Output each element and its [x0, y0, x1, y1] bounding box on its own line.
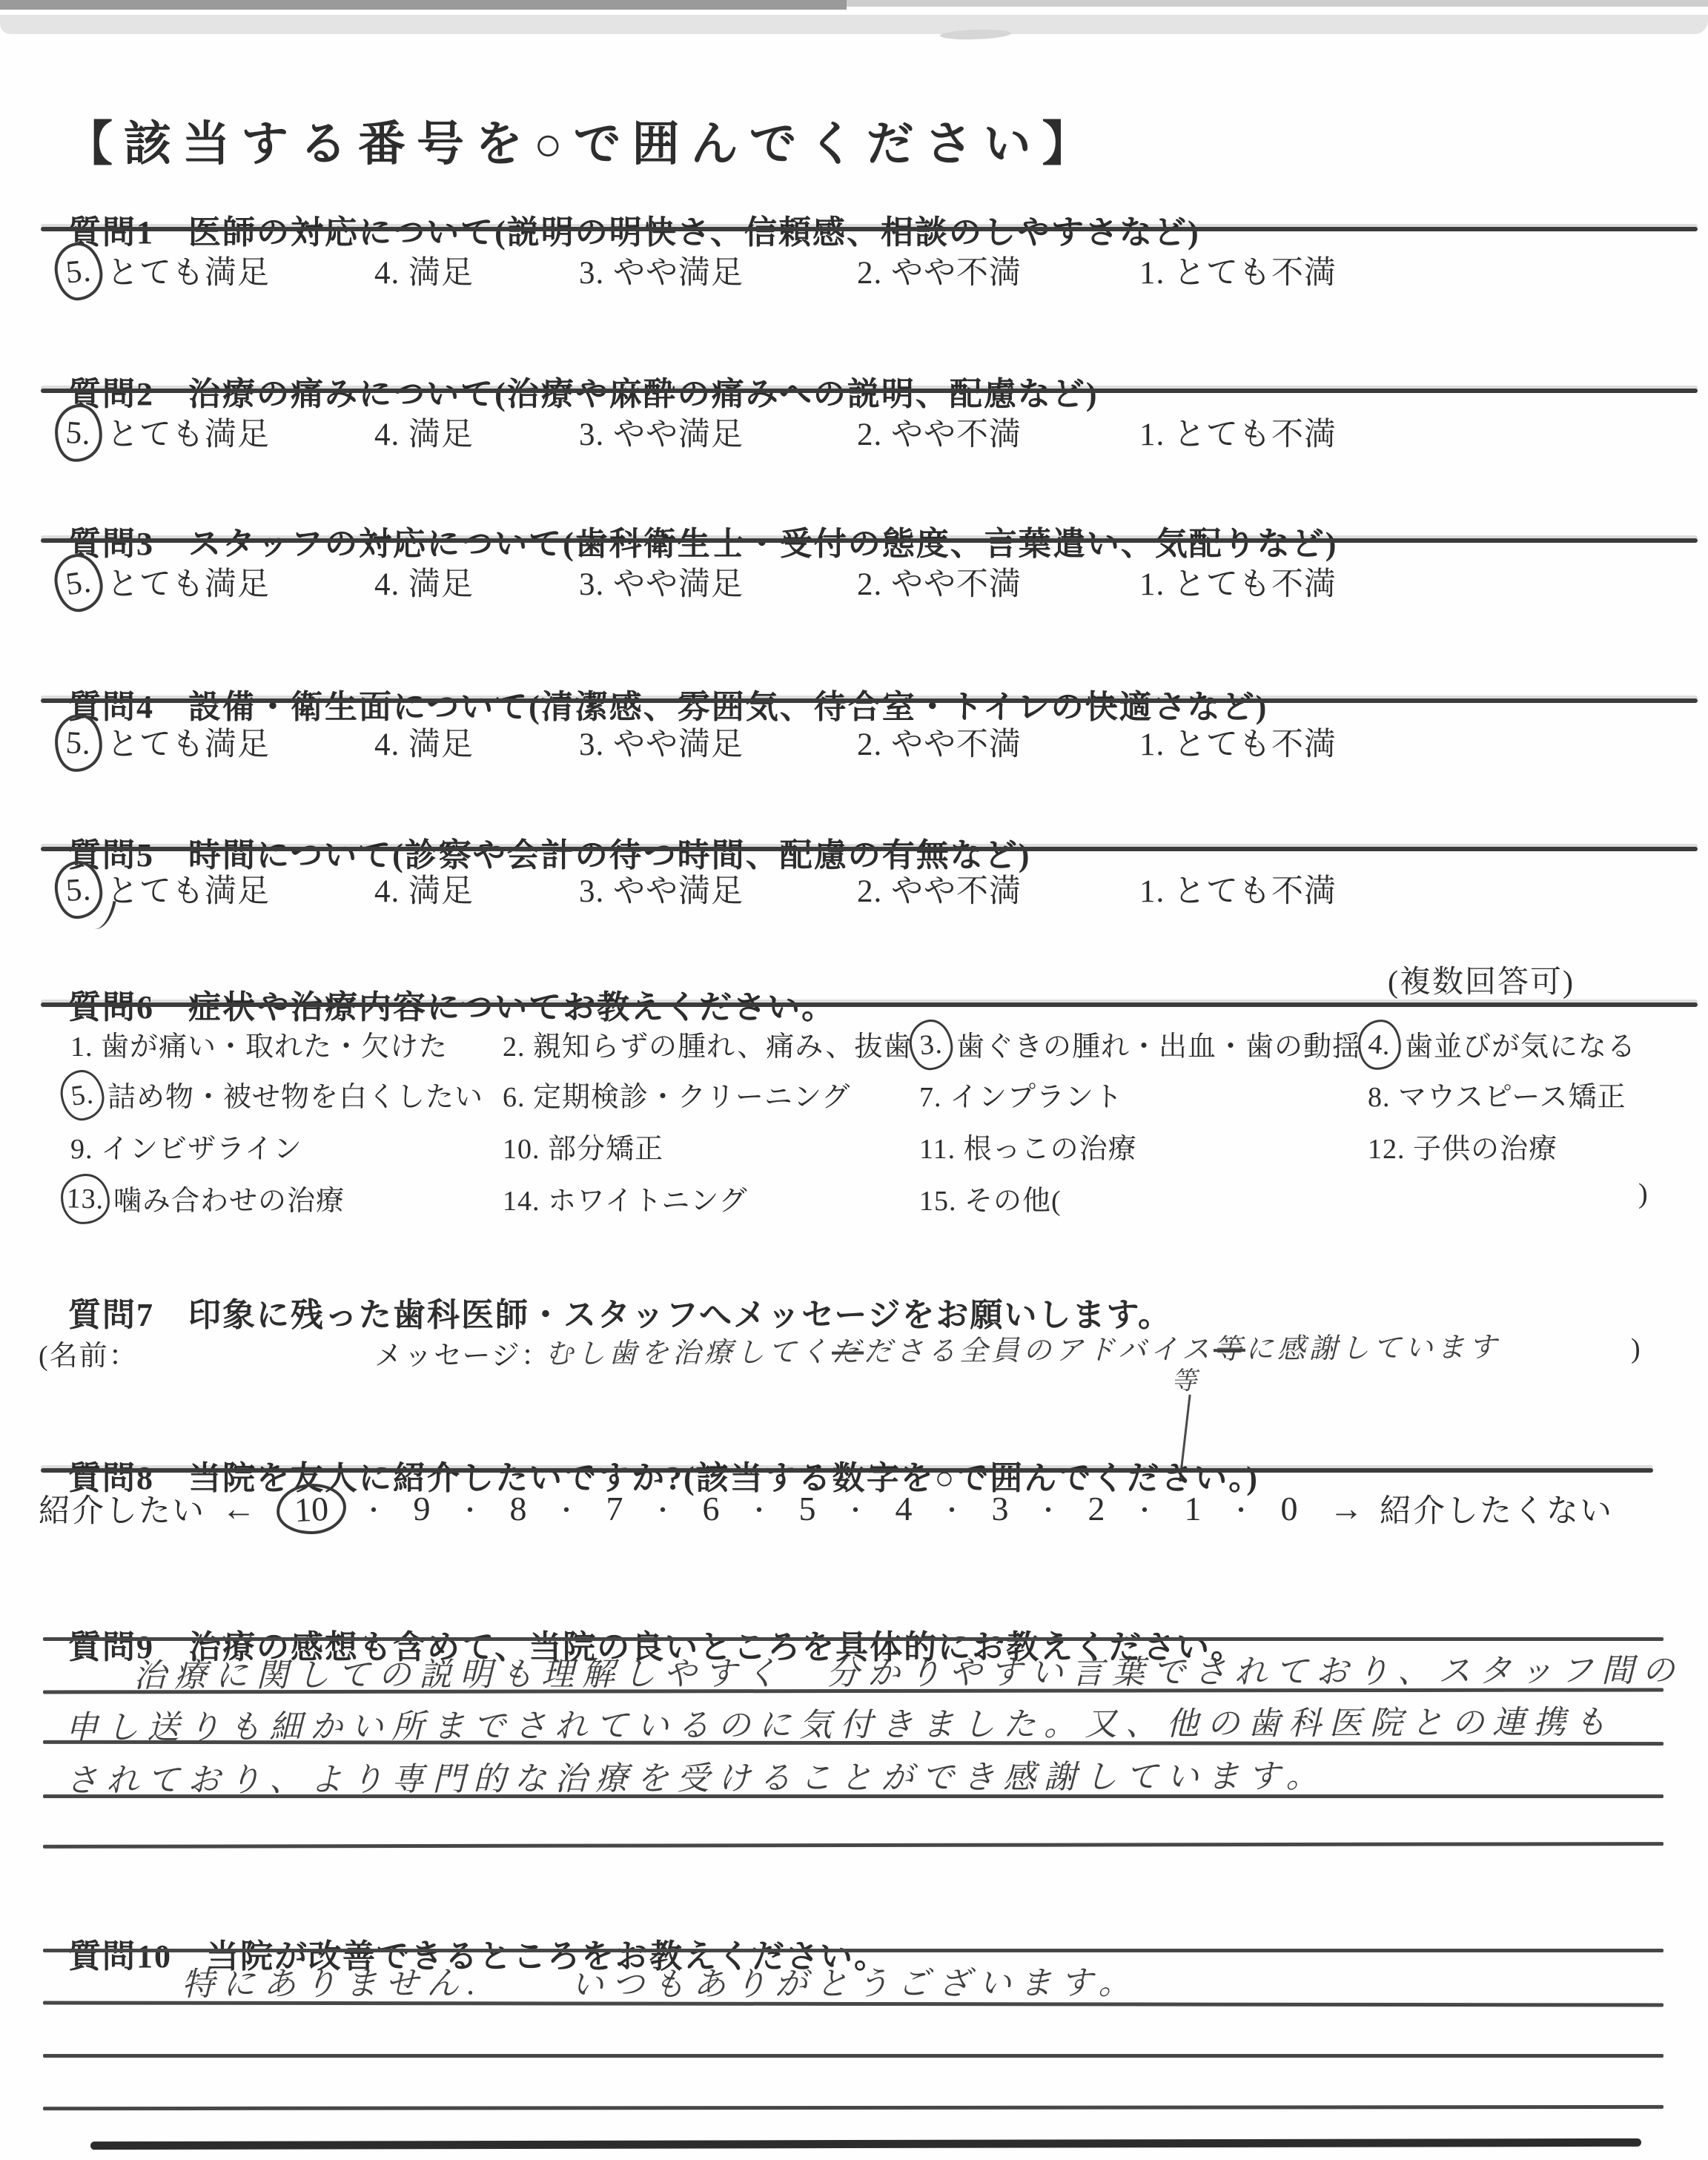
multiple-answers-note: (複数回答可) [1388, 957, 1575, 1002]
option-number: 13. [66, 1182, 105, 1216]
message-text: に感謝しています [1245, 1332, 1500, 1365]
divider-line [41, 389, 1698, 393]
q4-option-2[interactable]: 2. やや不満 [857, 719, 1022, 764]
nps-9[interactable]: 9 [398, 1489, 446, 1528]
option-number: 3. [918, 1027, 944, 1061]
q1-option-4[interactable]: 4. 満足 [374, 248, 474, 293]
option-label: 歯並びが気になる [1405, 1023, 1636, 1064]
q1-option-2[interactable]: 2. やや不満 [857, 248, 1022, 293]
symptom-option-13-selected[interactable]: 13.噛み合わせの治療 [70, 1178, 345, 1218]
nps-4[interactable]: 4 [880, 1489, 927, 1528]
divider-line [41, 1468, 1653, 1473]
option-label: とても満足 [107, 409, 270, 455]
pen-tail-stroke [94, 898, 116, 931]
symptom-option-1[interactable]: 1. 歯が痛い・取れた・欠けた [70, 1023, 448, 1064]
q5-option-4[interactable]: 4. 満足 [374, 866, 474, 911]
q1-option-3[interactable]: 3. やや満足 [579, 248, 744, 293]
q2-option-5-selected[interactable]: 5.とても満足 [65, 409, 270, 455]
symptom-option-7[interactable]: 7. インプラント [919, 1074, 1123, 1114]
dot-separator: ・ [542, 1490, 591, 1527]
dot-separator: ・ [446, 1490, 494, 1527]
q2-option-2[interactable]: 2. やや不満 [857, 409, 1022, 455]
handwritten-circle-mark: 5. [53, 240, 105, 302]
divider-line [41, 227, 1698, 231]
handwritten-answer-part-2: いつもありがとうございます。 [571, 1956, 1139, 2006]
close-paren: ) [1631, 1332, 1642, 1365]
dot-separator: ・ [1024, 1490, 1073, 1527]
divider-line [41, 1003, 1698, 1007]
symptom-option-4-selected[interactable]: 4.歯並びが気になる [1368, 1023, 1636, 1064]
divider-line [41, 698, 1698, 703]
struck-out-character: 等 [1214, 1334, 1245, 1365]
q3-option-1[interactable]: 1. とても不満 [1139, 559, 1337, 604]
q1-option-5-selected[interactable]: 5.とても満足 [65, 248, 270, 293]
handwritten-answer-line-2: 申し送りも細かい所までされているのに気付きました。又、他の歯科医院との連携も [65, 1695, 1615, 1748]
symptom-option-8[interactable]: 8. マウスピース矯正 [1368, 1074, 1626, 1114]
q2-option-3[interactable]: 3. やや満足 [579, 409, 744, 455]
answer-ruled-line [43, 1949, 1664, 1952]
nps-2[interactable]: 2 [1073, 1489, 1120, 1528]
dot-separator: ・ [349, 1490, 398, 1527]
symptom-option-14[interactable]: 14. ホワイトニング [503, 1178, 748, 1218]
right-arrow: → [1329, 1489, 1363, 1528]
struck-out-character: だ [832, 1336, 864, 1367]
handwritten-circle-mark: 5. [51, 550, 106, 614]
answer-ruled-line [43, 2054, 1664, 2058]
handwritten-circle-mark: 5. [53, 859, 104, 919]
handwritten-circle-mark: 4. [1356, 1017, 1403, 1071]
q4-option-5-selected[interactable]: 5.とても満足 [65, 719, 270, 764]
dot-separator: ・ [1120, 1490, 1169, 1527]
handwritten-circle-mark: 3. [907, 1017, 955, 1071]
name-field-label[interactable]: (名前： [39, 1332, 139, 1373]
option-number: 4. [1367, 1027, 1392, 1061]
option-label: とても満足 [107, 248, 270, 293]
option-number: 5. [64, 414, 93, 452]
option-number: 5. [64, 563, 94, 602]
symptom-option-15[interactable]: 15. その他( [919, 1178, 1062, 1218]
message-text: ださる全員のアドバイス [864, 1334, 1214, 1367]
form-title: 【該当する番号を○で囲んでください】 [65, 106, 1101, 174]
nps-0[interactable]: 0 [1265, 1489, 1313, 1528]
q3-option-3[interactable]: 3. やや満足 [579, 559, 744, 604]
q3-option-4[interactable]: 4. 満足 [374, 559, 474, 604]
option-label: とても満足 [107, 559, 270, 604]
dot-separator: ・ [927, 1490, 976, 1527]
handwritten-circle-mark: 10 [275, 1482, 347, 1536]
symptom-option-10[interactable]: 10. 部分矯正 [503, 1126, 663, 1166]
nps-6[interactable]: 6 [687, 1489, 735, 1528]
scan-shadow-band [0, 15, 1708, 34]
symptom-option-3-selected[interactable]: 3.歯ぐきの腫れ・出血・歯の動揺 [919, 1023, 1361, 1064]
symptom-option-12[interactable]: 12. 子供の治療 [1368, 1126, 1558, 1166]
nps-7[interactable]: 7 [591, 1489, 638, 1528]
q4-option-1[interactable]: 1. とても不満 [1139, 719, 1337, 764]
handwritten-circle-mark: 5. [58, 1067, 107, 1123]
symptom-option-6[interactable]: 6. 定期検診・クリーニング [503, 1074, 850, 1114]
handwritten-message: むし歯を治療してくだださる全員のアドバイス等に感謝しています等 [545, 1324, 1500, 1372]
scan-bottom-edge-artifact [90, 2138, 1641, 2150]
q4-option-3[interactable]: 3. やや満足 [579, 719, 744, 764]
symptom-option-9[interactable]: 9. インビザライン [70, 1126, 302, 1166]
symptom-option-11[interactable]: 11. 根っこの治療 [919, 1126, 1137, 1166]
inserted-character-below: 等 [1171, 1360, 1200, 1396]
handwritten-answer-line-3: されており、より専門的な治療を受けることができ感謝しています。 [65, 1749, 1327, 1801]
answer-ruled-line [43, 1637, 1664, 1641]
symptom-option-2[interactable]: 2. 親知らずの腫れ、痛み、抜歯 [503, 1023, 913, 1064]
option-number: 5. [65, 871, 93, 908]
q5-option-2[interactable]: 2. やや不満 [857, 866, 1022, 911]
nps-1[interactable]: 1 [1169, 1489, 1217, 1528]
option-label: 歯ぐきの腫れ・出血・歯の動揺 [956, 1023, 1361, 1064]
option-number: 5. [69, 1077, 96, 1112]
scan-edge-artifact [0, 0, 847, 10]
q3-option-2[interactable]: 2. やや不満 [857, 559, 1022, 604]
q5-option-5-selected[interactable]: 5.とても満足 [65, 866, 270, 911]
q5-option-1[interactable]: 1. とても不満 [1139, 866, 1337, 911]
scale-label-do-not-refer: 紹介したくない [1380, 1486, 1613, 1531]
q4-option-4[interactable]: 4. 満足 [374, 719, 474, 764]
option-label: 噛み合わせの治療 [113, 1178, 345, 1218]
answer-ruled-line [43, 1842, 1664, 1849]
dot-separator: ・ [831, 1490, 880, 1527]
nps-scale: 紹介したい ← 10 ・ 9 ・ 8 ・ 7 ・ 6 ・ 5 ・ 4 ・ 3 ・… [39, 1486, 1613, 1531]
scanned-survey-document: 【該当する番号を○で囲んでください】 質問1 医師の対応について(説明の明快さ、… [0, 0, 1708, 2160]
nps-3[interactable]: 3 [976, 1489, 1024, 1528]
handwritten-circle-mark: 5. [53, 713, 104, 773]
divider-line [41, 538, 1698, 543]
option-label: とても満足 [107, 866, 270, 911]
handwritten-answer-line-1: 治療に関しての説明も理解しやすく 分かりやすい言葉でされており、スタッフ間の [133, 1643, 1683, 1696]
q5-option-3[interactable]: 3. やや満足 [579, 866, 744, 911]
symptom-option-5-selected[interactable]: 5.詰め物・被せ物を白くしたい [70, 1074, 483, 1114]
handwritten-circle-mark: 5. [53, 402, 104, 463]
other-option-close-paren: ) [1638, 1178, 1649, 1210]
option-label: とても満足 [107, 719, 270, 764]
handwritten-answer-part-1: 特にありません. [182, 1956, 483, 2004]
option-label: 詰め物・被せ物を白くしたい [107, 1074, 483, 1114]
q2-option-1[interactable]: 1. とても不満 [1139, 409, 1337, 455]
handwritten-circle-mark: 13. [60, 1172, 110, 1224]
nps-5[interactable]: 5 [784, 1489, 831, 1528]
scan-edge-artifact [847, 0, 1708, 7]
dot-separator: ・ [638, 1490, 687, 1527]
option-number: 5. [65, 724, 93, 762]
q2-option-4[interactable]: 4. 満足 [374, 409, 474, 455]
q1-option-1[interactable]: 1. とても不満 [1139, 248, 1337, 293]
nps-8[interactable]: 8 [494, 1489, 542, 1528]
nps-number: 10 [294, 1488, 330, 1529]
q3-option-5-selected[interactable]: 5.とても満足 [65, 559, 270, 604]
nps-10-selected[interactable]: 10 [272, 1490, 349, 1528]
left-arrow: ← [222, 1489, 256, 1528]
answer-ruled-line [43, 2105, 1664, 2110]
option-number: 5. [64, 252, 93, 291]
dot-separator: ・ [735, 1490, 784, 1527]
message-field-label[interactable]: メッセージ： [374, 1332, 551, 1373]
scale-label-want-to-refer: 紹介したい [39, 1486, 205, 1531]
message-text: むし歯を治療してく [545, 1337, 832, 1370]
divider-line [41, 847, 1698, 851]
dot-separator: ・ [1217, 1490, 1265, 1527]
